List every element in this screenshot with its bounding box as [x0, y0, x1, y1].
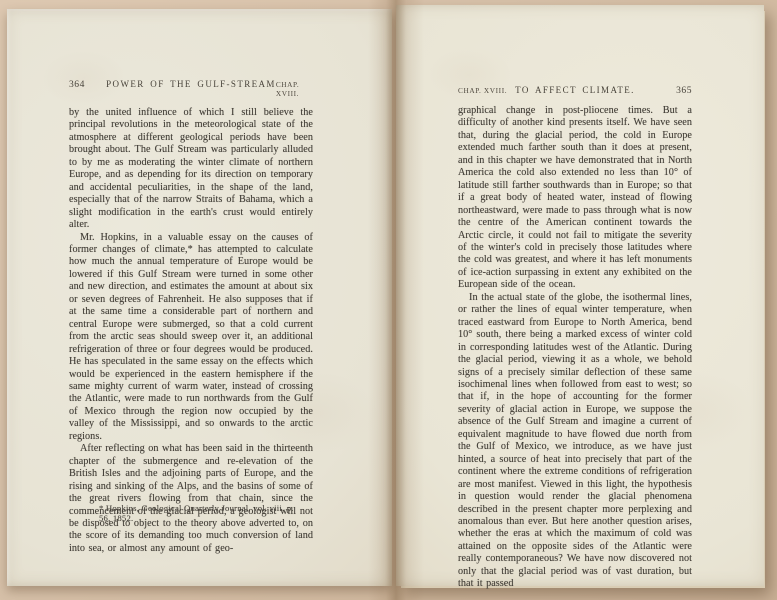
paragraph: graphical change in post-pliocene times.… [458, 105, 692, 292]
right-chapter-label: CHAP. XVIII. [458, 86, 507, 95]
footnote: * Hopkins, Geological Quarterly Journal,… [99, 503, 307, 523]
right-page: CHAP. XVIII. TO AFFECT CLIMATE. 365 grap… [396, 5, 764, 586]
left-running-head: 364 POWER OF THE GULF-STREAM CHAP. XVIII… [69, 79, 313, 98]
paragraph: After reflecting on what has been said i… [69, 443, 313, 555]
right-running-title: TO AFFECT CLIMATE. [515, 85, 635, 95]
left-page-number: 364 [69, 79, 85, 90]
book-spread-photo: 364 POWER OF THE GULF-STREAM CHAP. XVIII… [0, 0, 777, 600]
left-body-text: by the united influence of which I still… [69, 107, 313, 555]
left-chapter-label: CHAP. XVIII. [276, 80, 313, 98]
left-page: 364 POWER OF THE GULF-STREAM CHAP. XVIII… [7, 9, 392, 586]
right-running-head: CHAP. XVIII. TO AFFECT CLIMATE. 365 [458, 85, 692, 96]
paragraph: by the united influence of which I still… [69, 107, 313, 232]
right-body-text: graphical change in post-pliocene times.… [458, 105, 692, 591]
paragraph: Mr. Hopkins, in a valuable essay on the … [69, 232, 313, 444]
paragraph: In the actual state of the globe, the is… [458, 292, 692, 591]
left-running-title: POWER OF THE GULF-STREAM [106, 79, 276, 89]
right-page-number: 365 [676, 85, 692, 96]
